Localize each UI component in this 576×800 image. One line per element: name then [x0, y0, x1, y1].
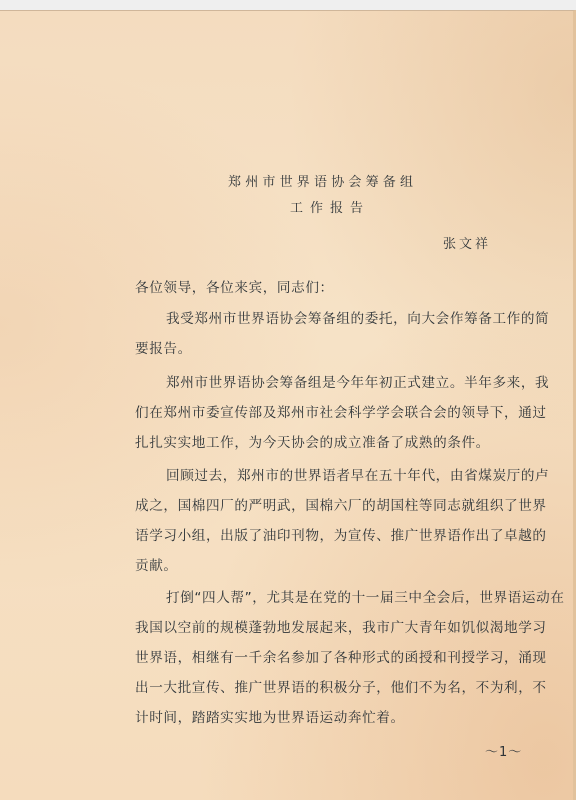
paragraph-line: 郑州市世界语协会筹备组是今年年初正式建立。半年多来，我: [166, 371, 549, 391]
document-author: 张文祥: [443, 233, 491, 252]
paragraph-line: 出一大批宣传、推广世界语的积极分子，他们不为名，不为利，不: [135, 676, 547, 696]
paragraph-line: 们在郑州市委宣传部及郑州市社会科学学会联合会的领导下，通过: [135, 401, 547, 421]
paragraph-line: 世界语，相继有一千余名参加了各种形式的函授和刊授学习，涌现: [135, 646, 547, 666]
document-subtitle: 工作报告: [290, 197, 370, 216]
paragraph-line: 要报告。: [135, 337, 192, 357]
paragraph-line: 我国以空前的规模蓬勃地发展起来，我市广大青年如饥似渴地学习: [135, 616, 547, 636]
page-number: ～1～: [485, 741, 522, 760]
greeting-line: 各位领导，各位来宾，同志们：: [135, 276, 334, 296]
paragraph-line: 扎扎实实地工作，为今天协会的成立准备了成熟的条件。: [135, 431, 490, 451]
document-title: 郑州市世界语协会筹备组: [228, 171, 417, 190]
paragraph-line: 贡献。: [135, 554, 178, 574]
paragraph-line: 回顾过去，郑州市的世界语者早在五十年代，由省煤炭厅的卢: [166, 464, 549, 484]
paragraph-line: 成之，国棉四厂的严明武，国棉六厂的胡国柱等同志就组织了世界: [135, 494, 547, 514]
paragraph-line: 打倒“四人帮”，尤其是在党的十一届三中全会后，世界语运动在: [166, 586, 565, 606]
document-page: 郑州市世界语协会筹备组 工作报告 张文祥 各位领导，各位来宾，同志们： 我受郑州…: [0, 10, 576, 800]
paragraph-line: 语学习小组，出版了油印刊物，为宣传、推广世界语作出了卓越的: [135, 524, 547, 544]
paragraph-line: 计时间，踏踏实实地为世界语运动奔忙着。: [135, 706, 405, 726]
paragraph-line: 我受郑州市世界语协会筹备组的委托，向大会作筹备工作的简: [166, 307, 549, 327]
